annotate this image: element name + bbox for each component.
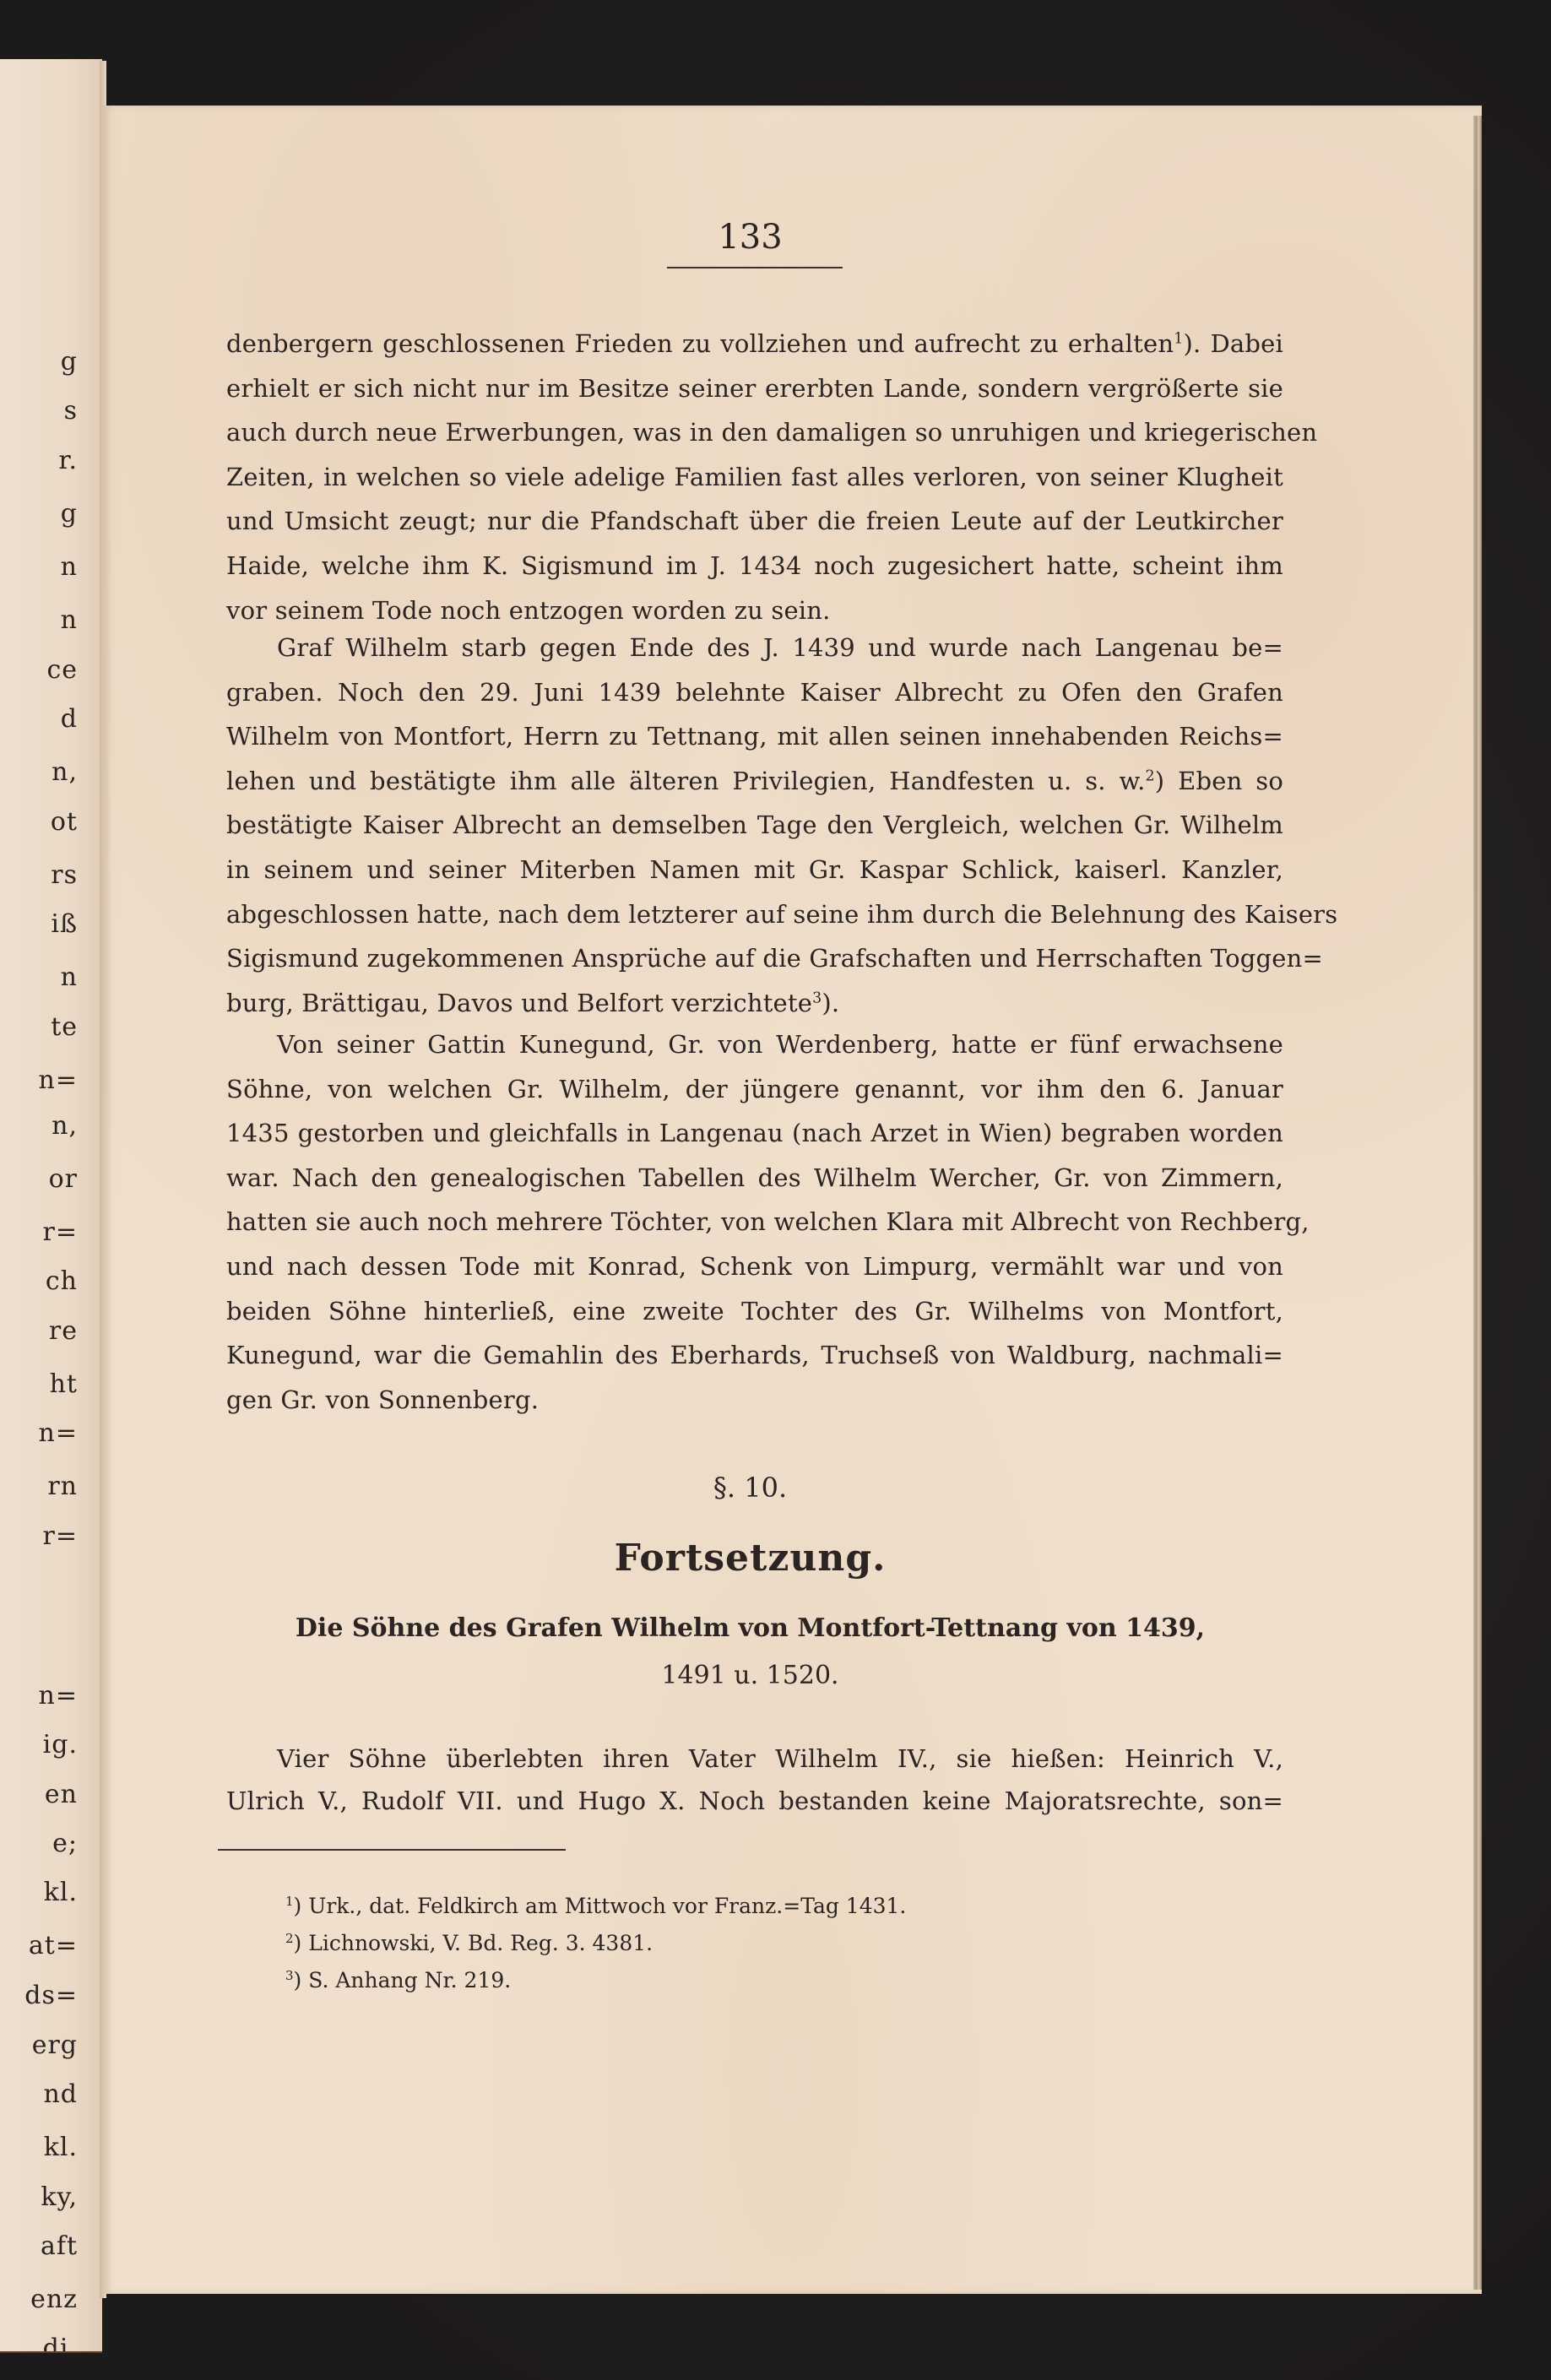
text-line: hatten sie auch noch mehrere Töchter, vo… — [226, 1205, 1283, 1239]
section-number: §. 10. — [103, 1472, 1397, 1504]
footnote: 3) S. Anhang Nr. 219. — [285, 1968, 511, 1992]
facing-page-line-fragment: rs — [51, 863, 78, 888]
facing-page-line-fragment: n= — [39, 1068, 78, 1093]
text-line: Haide, welche ihm K. Sigismund im J. 143… — [226, 549, 1283, 583]
facing-page-line-fragment: or — [49, 1167, 78, 1192]
text-line: 1435 gestorben und gleichfalls in Langen… — [226, 1116, 1283, 1150]
page-edge-stack — [1473, 116, 1482, 2290]
section-subtitle-line-1: Die Söhne des Grafen Wilhelm von Montfor… — [103, 1613, 1397, 1643]
text-line: burg, Brättigau, Davos und Belfort verzi… — [226, 986, 1283, 1020]
facing-page-line-fragment: kl. — [44, 2135, 78, 2160]
facing-page-line-fragment: rn — [47, 1474, 78, 1499]
text-line: Vier Söhne überlebten ihren Vater Wilhel… — [277, 1742, 1283, 1776]
facing-page-line-fragment: di, — [43, 2336, 78, 2353]
facing-page-line-fragment: r= — [43, 1524, 78, 1549]
facing-page-line-fragment: ds= — [24, 1983, 78, 2009]
text-line: lehen und bestätigte ihm alle älteren Pr… — [226, 764, 1283, 798]
facing-page-line-fragment: ot — [51, 810, 78, 835]
facing-page-line-fragment: g — [61, 350, 78, 375]
text-line: erhielt er sich nicht nur im Besitze sei… — [226, 371, 1283, 405]
text-line: vor seinem Tode noch entzogen worden zu … — [226, 594, 1283, 627]
section-title: Fortsetzung. — [103, 1537, 1397, 1580]
facing-page-line-fragment: kl. — [44, 1880, 78, 1906]
facing-page-line-fragment: iß — [51, 912, 78, 937]
text-line: und Umsicht zeugt; nur die Pfandschaft ü… — [226, 504, 1283, 538]
section-subtitle-line-2: 1491 u. 1520. — [103, 1661, 1397, 1690]
facing-page-line-fragment: re — [49, 1319, 78, 1344]
text-line: Graf Wilhelm starb gegen Ende des J. 143… — [277, 631, 1283, 664]
facing-page-line-fragment: en — [45, 1782, 78, 1808]
text-line: war. Nach den genealogischen Tabellen de… — [226, 1161, 1283, 1195]
facing-page-line-fragment: g — [61, 501, 78, 527]
facing-page-line-fragment: n, — [52, 1114, 78, 1139]
footnote-reference: 3 — [812, 989, 822, 1006]
facing-page-line-fragment: ky, — [41, 2185, 78, 2210]
footnote-reference: 1 — [1174, 331, 1183, 348]
facing-page-line-fragment: s — [64, 398, 78, 424]
facing-page-line-fragment: te — [51, 1015, 78, 1040]
text-line: und nach dessen Tode mit Konrad, Schenk … — [226, 1250, 1283, 1283]
footnote-reference: 2 — [1146, 767, 1155, 784]
text-line: auch durch neue Erwerbungen, was in den … — [226, 415, 1283, 449]
page-number: 133 — [103, 218, 1397, 257]
facing-page-line-fragment: d — [61, 707, 78, 732]
facing-page-line-fragment: ht — [50, 1372, 78, 1397]
facing-page-line-fragment: ch — [46, 1269, 78, 1294]
footnote: 2) Lichnowski, V. Bd. Reg. 3. 4381. — [285, 1931, 653, 1955]
footnote-rule — [218, 1849, 566, 1851]
facing-page-line-fragment: nd — [43, 2082, 78, 2107]
text-line: Kunegund, war die Gemahlin des Eberhards… — [226, 1338, 1283, 1372]
text-line: bestätigte Kaiser Albrecht an demselben … — [226, 808, 1283, 842]
facing-page-line-fragment: r= — [43, 1220, 78, 1245]
text-line: denbergern geschlossenen Frieden zu voll… — [226, 327, 1283, 361]
facing-page-line-fragment: n= — [39, 1683, 78, 1709]
text-line: Von seiner Gattin Kunegund, Gr. von Werd… — [277, 1027, 1283, 1061]
text-line: gen Gr. von Sonnenberg. — [226, 1383, 1283, 1417]
book-page: 133 denbergern geschlossenen Frieden zu … — [103, 106, 1482, 2294]
text-line: graben. Noch den 29. Juni 1439 belehnte … — [226, 675, 1283, 709]
text-line: in seinem und seiner Miterben Namen mit … — [226, 853, 1283, 886]
facing-page-line-fragment: enz — [30, 2287, 78, 2312]
facing-page-line-fragment: ig. — [43, 1732, 78, 1758]
facing-page-line-fragment: aft — [41, 2234, 78, 2259]
facing-page-line-fragment: r. — [58, 448, 78, 474]
facing-page-line-fragment: n — [61, 608, 78, 633]
text-line: Wilhelm von Montfort, Herrn zu Tettnang,… — [226, 719, 1283, 753]
text-line: Sigismund zugekommenen Ansprüche auf die… — [226, 941, 1283, 975]
facing-page-line-fragment: n= — [39, 1421, 78, 1446]
facing-page-line-fragment: ce — [46, 658, 78, 683]
facing-page-line-fragment: e; — [52, 1831, 78, 1857]
facing-page-line-fragment: n — [61, 965, 78, 990]
facing-page-fragment: gsr.gnncedn,otrsißnten=n,orr=chrehtn=rnr… — [0, 59, 102, 2353]
footnote: 1) Urk., dat. Feldkirch am Mittwoch vor … — [285, 1894, 906, 1918]
text-line: Söhne, von welchen Gr. Wilhelm, der jüng… — [226, 1072, 1283, 1106]
facing-page-line-fragment: n, — [52, 760, 78, 785]
text-line: abgeschlossen hatte, nach dem letzterer … — [226, 897, 1283, 931]
facing-page-line-fragment: n — [61, 555, 78, 580]
facing-page-line-fragment: erg — [32, 2033, 78, 2058]
header-rule — [667, 267, 843, 268]
text-line: Ulrich V., Rudolf VII. und Hugo X. Noch … — [226, 1784, 1283, 1818]
facing-page-line-fragment: at= — [29, 1933, 78, 1959]
text-line: Zeiten, in welchen so viele adelige Fami… — [226, 460, 1283, 494]
text-line: beiden Söhne hinterließ, eine zweite Toc… — [226, 1294, 1283, 1328]
